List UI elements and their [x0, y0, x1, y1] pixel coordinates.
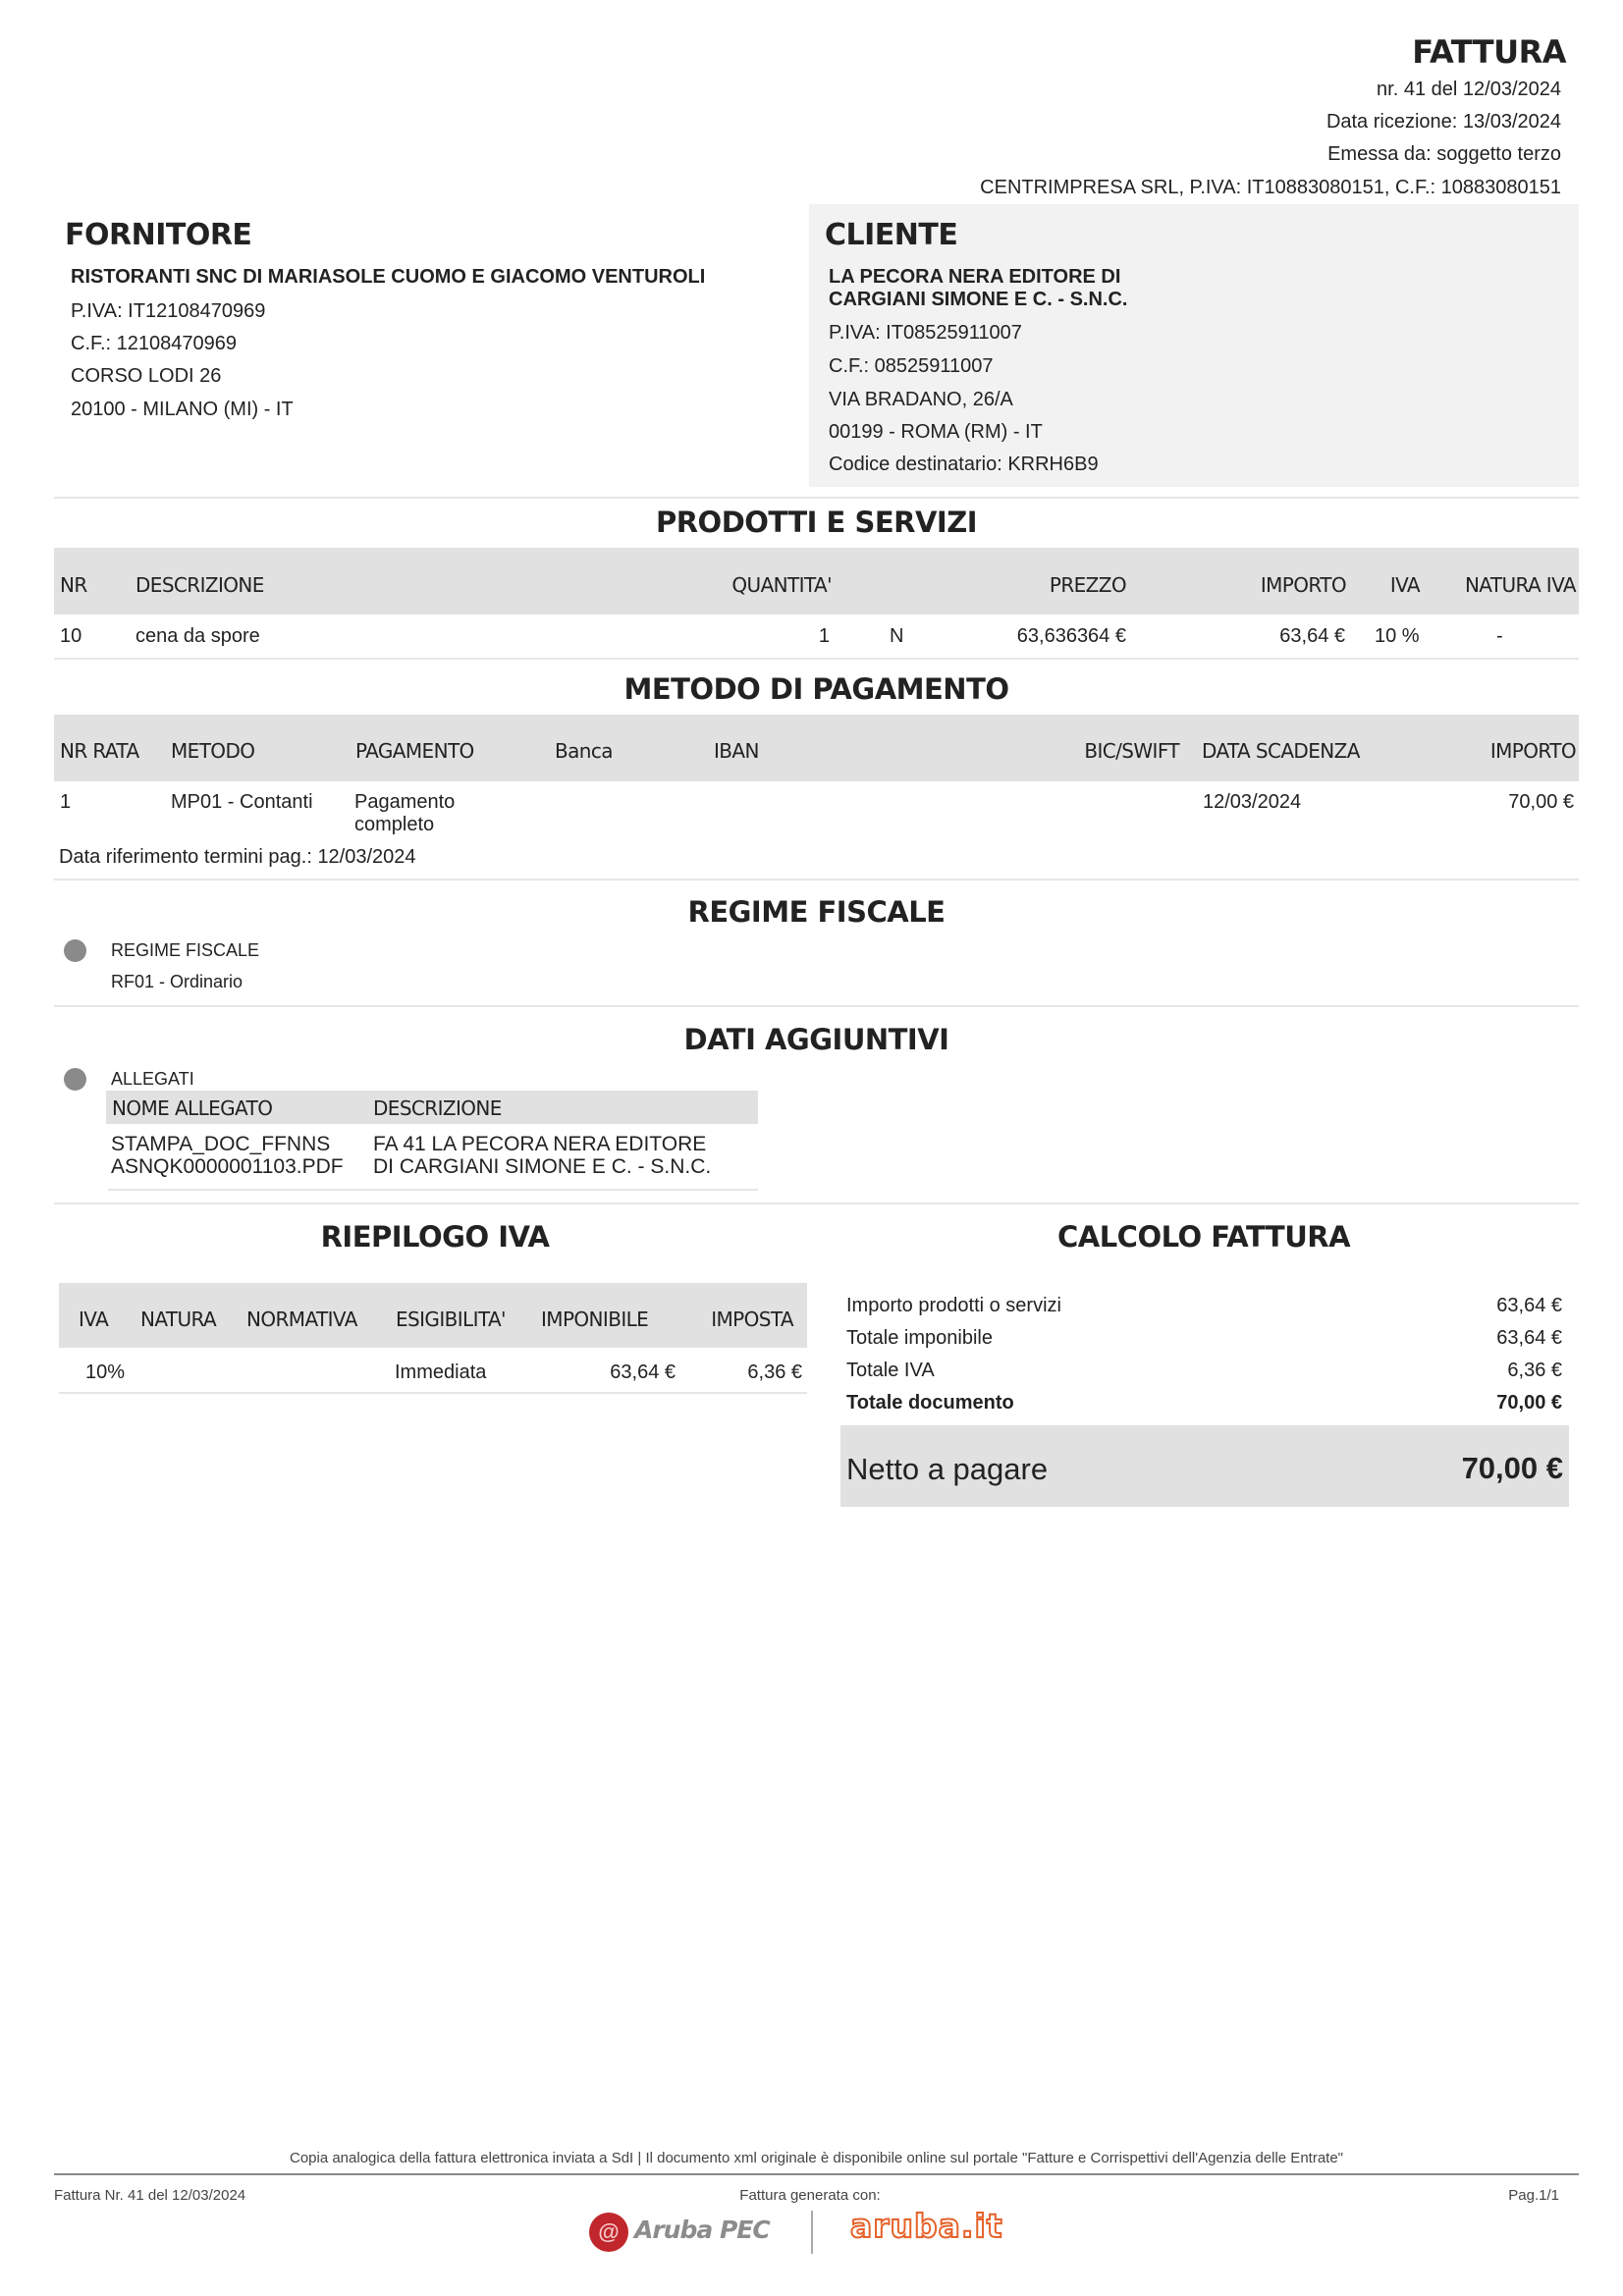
client-piva: P.IVA: IT08525911007	[829, 322, 1022, 345]
calc-label: Importo prodotti o servizi	[846, 1295, 1061, 1317]
vat-summary-title: RIEPILOGO IVA	[59, 1220, 811, 1254]
footer-disclaimer: Copia analogica della fattura elettronic…	[54, 2150, 1579, 2166]
col-taxable: IMPONIBILE	[541, 1308, 648, 1331]
calc-value: 63,64 €	[1496, 1295, 1562, 1317]
row-vat: 10 %	[1375, 625, 1420, 648]
row-nr: 10	[60, 625, 81, 648]
supplier-address: CORSO LODI 26	[71, 365, 221, 388]
col-descrizione: DESCRIZIONE	[135, 573, 264, 597]
col-importo-rata: IMPORTO	[1490, 739, 1576, 763]
col-quantita: QUANTITA'	[731, 573, 832, 597]
supplier-name: RISTORANTI SNC DI MARIASOLE CUOMO E GIAC…	[71, 266, 705, 289]
footer-page-number: Pag.1/1	[1508, 2187, 1559, 2204]
payment-type-line2: completo	[354, 814, 434, 836]
col-prezzo: PREZZO	[1050, 573, 1126, 597]
payment-amount: 70,00 €	[1508, 791, 1574, 814]
col-iva: IVA	[1390, 573, 1420, 597]
calc-label: Totale documento	[846, 1392, 1014, 1415]
payment-nr: 1	[60, 791, 71, 814]
supplier-city: 20100 - MILANO (MI) - IT	[71, 399, 294, 421]
client-block: CLIENTE LA PECORA NERA EDITORE DI CARGIA…	[809, 204, 1579, 487]
tax-regime-value: RF01 - Ordinario	[111, 972, 243, 992]
vat-rate: 10%	[85, 1362, 125, 1384]
row-amount: 63,64 €	[1279, 625, 1345, 648]
col-nr: NR	[60, 573, 87, 597]
footer-generated-with: Fattura generata con:	[643, 2187, 977, 2204]
client-name-line2: CARGIANI SIMONE E C. - S.N.C.	[829, 289, 1127, 311]
attachments-label: ALLEGATI	[111, 1069, 194, 1090]
col-natura-iva: NATURA IVA	[1465, 573, 1576, 597]
vat-taxable: 63,64 €	[610, 1362, 676, 1384]
net-payable-box: Netto a pagare 70,00 €	[840, 1425, 1569, 1507]
row-quantity: 1	[819, 625, 830, 648]
tax-regime-label: REGIME FISCALE	[111, 940, 259, 961]
payment-reference-note: Data riferimento termini pag.: 12/03/202…	[59, 846, 416, 869]
aruba-it-logo[interactable]: aruba.it	[850, 2207, 1003, 2245]
row-unit: N	[890, 625, 903, 648]
calculation-title: CALCOLO FATTURA	[840, 1220, 1567, 1254]
col-importo: IMPORTO	[1261, 573, 1346, 597]
additional-data-title: DATI AGGIUNTIVI	[54, 1023, 1579, 1056]
col-iban: IBAN	[714, 739, 759, 763]
col-metodo: METODO	[171, 739, 254, 763]
col-law: NORMATIVA	[246, 1308, 357, 1331]
calc-label: Totale IVA	[846, 1360, 935, 1382]
third-party-info: CENTRIMPRESA SRL, P.IVA: IT10883080151, …	[980, 177, 1561, 199]
supplier-heading: FORNITORE	[65, 218, 251, 252]
aruba-pec-seal-icon: @	[589, 2213, 628, 2252]
bullet-icon	[64, 939, 86, 962]
client-name-line1: LA PECORA NERA EDITORE DI	[829, 266, 1120, 289]
row-vat-nature: -	[1496, 625, 1503, 648]
footer-divider	[54, 2173, 1579, 2175]
col-banca: Banca	[555, 739, 613, 763]
col-nature: NATURA	[140, 1308, 216, 1331]
divider	[54, 879, 1579, 881]
calc-value: 63,64 €	[1496, 1327, 1562, 1350]
col-bic-swift: BIC/SWIFT	[1084, 739, 1179, 763]
received-date: Data ricezione: 13/03/2024	[1326, 111, 1561, 133]
col-pagamento: PAGAMENTO	[355, 739, 474, 763]
client-recipient-code: Codice destinatario: KRRH6B9	[829, 454, 1099, 476]
calc-value: 6,36 €	[1507, 1360, 1562, 1382]
client-heading: CLIENTE	[825, 218, 957, 252]
col-chargeability: ESIGIBILITA'	[396, 1308, 506, 1331]
vat-chargeability: Immediata	[395, 1362, 486, 1384]
vat-tax: 6,36 €	[747, 1362, 802, 1384]
col-descrizione-allegato: DESCRIZIONE	[373, 1096, 502, 1120]
divider	[59, 1392, 807, 1394]
net-payable-label: Netto a pagare	[846, 1452, 1048, 1487]
col-data-scadenza: DATA SCADENZA	[1202, 739, 1360, 763]
col-tax: IMPOSTA	[711, 1308, 793, 1331]
divider	[54, 497, 1579, 499]
col-nr-rata: NR RATA	[60, 739, 139, 763]
logo-divider	[811, 2211, 813, 2254]
payment-type-line1: Pagamento	[354, 791, 455, 814]
aruba-pec-wordmark: Aruba PEC	[634, 2216, 770, 2244]
col-vat: IVA	[79, 1308, 108, 1331]
issued-by: Emessa da: soggetto terzo	[1327, 143, 1561, 166]
attachment-desc-line1: FA 41 LA PECORA NERA EDITORE	[373, 1133, 706, 1156]
row-price: 63,636364 €	[1017, 625, 1126, 648]
divider	[54, 658, 1579, 660]
aruba-pec-logo[interactable]: @ Aruba PEC	[587, 2211, 779, 2252]
divider	[54, 1202, 1579, 1204]
payment-method: MP01 - Contanti	[171, 791, 313, 814]
col-nome-allegato: NOME ALLEGATO	[112, 1096, 272, 1120]
net-payable-value: 70,00 €	[1462, 1451, 1563, 1486]
payment-due-date: 12/03/2024	[1203, 791, 1301, 814]
attachment-name-line1[interactable]: STAMPA_DOC_FFNNS	[111, 1133, 330, 1156]
products-title: PRODOTTI E SERVIZI	[54, 506, 1579, 539]
client-city: 00199 - ROMA (RM) - IT	[829, 421, 1043, 444]
supplier-cf: C.F.: 12108470969	[71, 333, 237, 355]
divider	[54, 1005, 1579, 1007]
document-title: FATTURA	[1412, 33, 1566, 71]
attachment-name-line2[interactable]: ASNQK0000001103.PDF	[111, 1155, 344, 1179]
supplier-piva: P.IVA: IT12108470969	[71, 300, 265, 323]
invoice-number: nr. 41 del 12/03/2024	[1377, 79, 1561, 101]
footer-invoice-ref: Fattura Nr. 41 del 12/03/2024	[54, 2187, 245, 2204]
calc-value: 70,00 €	[1496, 1392, 1562, 1415]
attachment-desc-line2: DI CARGIANI SIMONE E C. - S.N.C.	[373, 1155, 711, 1179]
bullet-icon	[64, 1068, 86, 1091]
row-description: cena da spore	[135, 625, 260, 648]
payment-title: METODO DI PAGAMENTO	[54, 672, 1579, 706]
client-address: VIA BRADANO, 26/A	[829, 389, 1013, 411]
calc-label: Totale imponibile	[846, 1327, 993, 1350]
tax-regime-title: REGIME FISCALE	[54, 895, 1579, 929]
client-cf: C.F.: 08525911007	[829, 355, 994, 378]
divider	[108, 1189, 758, 1191]
